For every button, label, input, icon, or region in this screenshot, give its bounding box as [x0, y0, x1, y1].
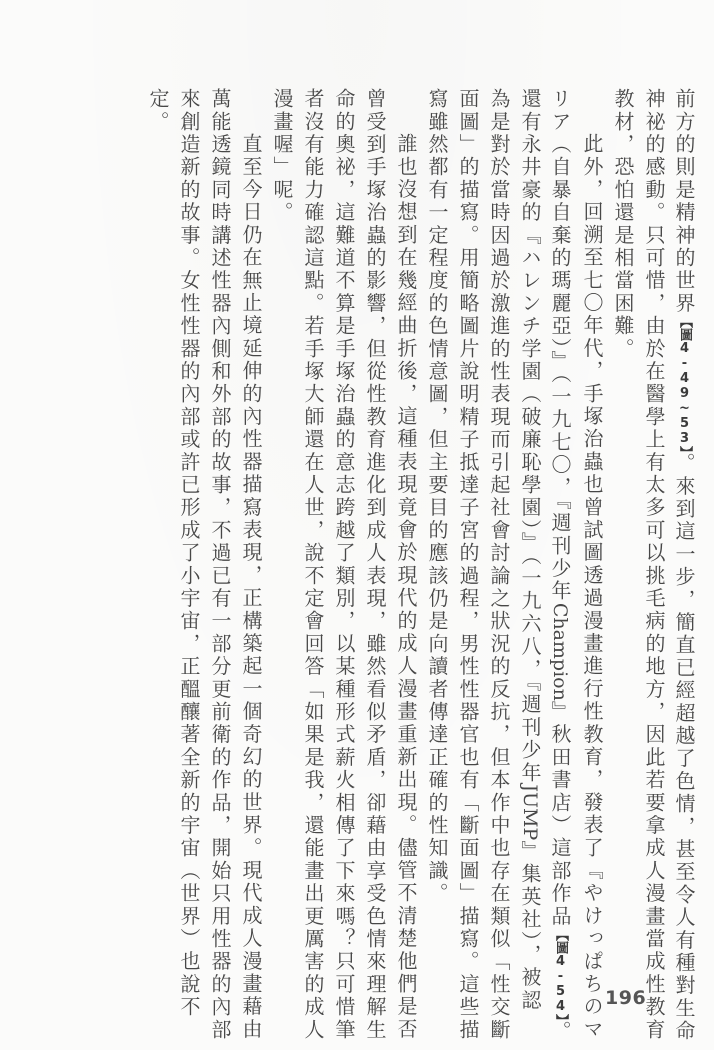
column-text-tail: 。來到這一步，簡直已經超越了色情，甚至令人有種對生命 [672, 453, 696, 1043]
text-column-15: 直至今日仍在無止境延伸的內性器描寫表現，正構築起一個奇幻的世界。現代成人漫畫藉由 [235, 88, 266, 1013]
text-column-16: 萬能透鏡同時講述性器內側和外部的故事，不過已有一部分更前衛的作品，開始只用性器的… [204, 88, 235, 968]
column-text: 來創造新的故事。女性性器的內部或許已形成了小宇宙，正醞釀著全新的宇宙（世界）也說… [177, 88, 201, 1019]
column-text: 神祕的感動。只可惜，由於在醫學上有太多可以挑毛病的地方，因此若要拿成人漫畫當成性… [642, 88, 666, 1041]
text-column-7: 為是對於當時因過於激進的性表現而引起社會討論之狀況的反抗，但本作中也存在類似「性… [483, 88, 514, 968]
column-text: 直至今日仍在無止境延伸的內性器描寫表現，正構築起一個奇幻的世界。現代成人漫畫藉由 [239, 133, 263, 1041]
figure-reference: 【圖4-54】 [553, 928, 568, 1021]
latin-text: JUMP [519, 784, 541, 840]
latin-text: Champion [549, 603, 571, 701]
column-text: 漫畫喔」呢。 [270, 88, 294, 224]
column-text: 前方的則是精神的世界 [672, 88, 696, 315]
text-column-9: 寫雖然都有一定程度的色情意圖，但主要目的應該仍是向讀者傳達正確的性知識。 [421, 88, 452, 968]
text-column-8: 面圖」的描寫。用簡略圖片說明精子抵達子宮的過程，男性性器官也有「斷面圖」描寫。這… [452, 88, 483, 968]
text-column-14: 漫畫喔」呢。 [266, 88, 297, 968]
column-text: 寫雖然都有一定程度的色情意圖，但主要目的應該仍是向讀者傳達正確的性知識。 [425, 88, 449, 905]
figure-reference: 【圖4-49~53】 [677, 315, 692, 453]
text-column-2: 神祕的感動。只可惜，由於在醫學上有太多可以挑毛病的地方，因此若要拿成人漫畫當成性… [638, 88, 669, 968]
column-text: 教材，恐怕還是相當困難。 [611, 88, 635, 360]
text-column-18: 定。 [142, 88, 173, 968]
column-text-tail-2: 。 [548, 1020, 572, 1043]
text-column-4: 此外，回溯至七〇年代，手塚治蟲也曾試圖透過漫畫進行性教育，發表了『やけっぱちのマ [576, 88, 607, 1013]
text-column-3: 教材，恐怕還是相當困難。 [607, 88, 638, 968]
text-column-12: 命的奧祕，這難道不算是手塚治蟲的意志跨越了類別，以某種形式薪火相傳了下來嗎？只可… [328, 88, 359, 968]
text-column-1: 前方的則是精神的世界【圖4-49~53】。來到這一步，簡直已經超越了色情，甚至令… [669, 88, 700, 968]
text-column-17: 來創造新的故事。女性性器的內部或許已形成了小宇宙，正醞釀著全新的宇宙（世界）也說… [173, 88, 204, 968]
column-text: 命的奧祕，這難道不算是手塚治蟲的意志跨越了類別，以某種形式薪火相傳了下來嗎？只可… [332, 88, 356, 1041]
column-text: 此外，回溯至七〇年代，手塚治蟲也曾試圖透過漫畫進行性教育，發表了『やけっぱちのマ [580, 133, 604, 1041]
column-text: リア（自暴自棄的瑪麗亞）』（一九七〇，『週刊少年 [548, 88, 572, 603]
book-page: 前方的則是精神的世界【圖4-49~53】。來到這一步，簡直已經超越了色情，甚至令… [0, 0, 714, 1050]
column-text-tail: 』秋田書店）這部作品 [548, 701, 572, 928]
text-column-11: 曾受到手塚治蟲的影響，但從性教育進化到成人表現，雖然看似矛盾，卻藉由享受色情來理… [359, 88, 390, 968]
column-text: 誰也沒想到在幾經曲折後，這種表現竟會於現代的成人漫畫重新出現。儘管不清楚他們是否 [394, 133, 418, 1041]
page-number: 196 [605, 987, 646, 1009]
column-text: 者沒有能力確認這點。若手塚大師還在人世，說不定會回答「如果是我，還能畫出更厲害的… [301, 88, 325, 1041]
column-text: 曾受到手塚治蟲的影響，但從性教育進化到成人表現，雖然看似矛盾，卻藉由享受色情來理… [363, 88, 387, 1041]
vertical-text-body: 前方的則是精神的世界【圖4-49~53】。來到這一步，簡直已經超越了色情，甚至令… [142, 88, 700, 968]
text-column-6: 還有永井豪的『ハレンチ学園（破廉恥學園）』（一九六八，『週刊少年JUMP』集英社… [514, 88, 545, 968]
column-text: 為是對於當時因過於激進的性表現而引起社會討論之狀況的反抗，但本作中也存在類似「性… [487, 88, 511, 1041]
column-text: 還有永井豪的『ハレンチ学園（破廉恥學園）』（一九六八，『週刊少年 [518, 88, 542, 784]
column-text-tail: 』集英社），被認 [518, 840, 542, 1012]
text-column-13: 者沒有能力確認這點。若手塚大師還在人世，說不定會回答「如果是我，還能畫出更厲害的… [297, 88, 328, 968]
column-text: 面圖」的描寫。用簡略圖片說明精子抵達子宮的過程，男性性器官也有「斷面圖」描寫。這… [456, 88, 480, 1041]
column-text: 定。 [146, 88, 170, 133]
text-column-5: リア（自暴自棄的瑪麗亞）』（一九七〇，『週刊少年Champion』秋田書店）這部… [545, 88, 576, 968]
text-column-10: 誰也沒想到在幾經曲折後，這種表現竟會於現代的成人漫畫重新出現。儘管不清楚他們是否 [390, 88, 421, 1013]
column-text: 萬能透鏡同時講述性器內側和外部的故事，不過已有一部分更前衛的作品，開始只用性器的… [208, 88, 232, 1041]
